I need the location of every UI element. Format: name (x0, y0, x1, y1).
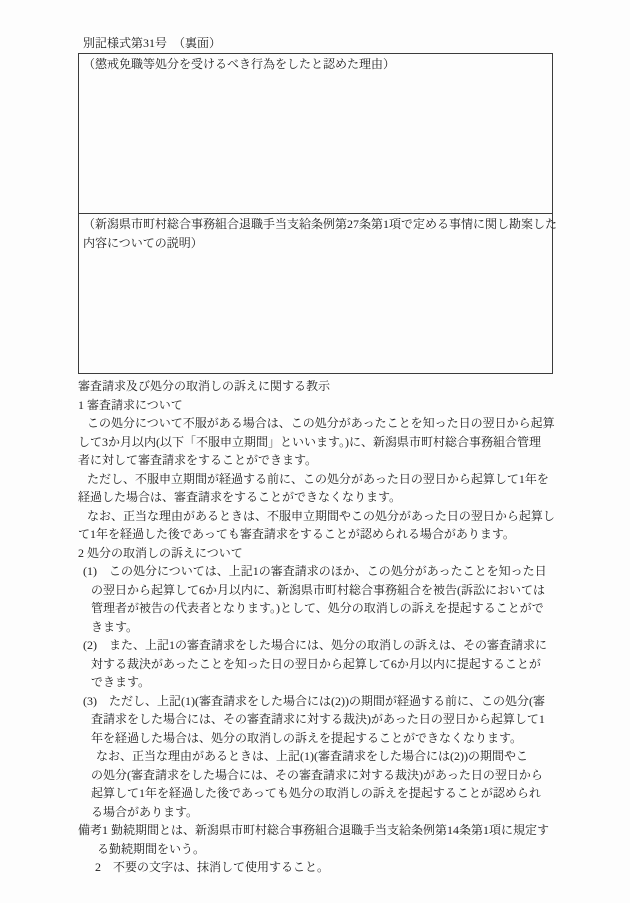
considered-circumstances-explanation-box: （新潟県市町村総合事務組合退職手当支給条例第27条第1項で定める事情に関し勘案し… (78, 213, 553, 374)
notice-subitem-3: (3) ただし、上記(1)(審査請求をした場合には(2))の期間が経過する前に、… (83, 692, 562, 711)
notice-line: 経過した場合は、審査請求をすることができなくなります。 (78, 488, 562, 507)
notice-line: 対する裁決があったことを知った日の翌日から起算して6か月以内に提起することが (91, 655, 562, 674)
notice-line: て1年を経過した後であっても審査請求をすることが認められる場合があります。 (78, 525, 562, 544)
notice-line: なお、正当な理由があるときは、不服申立期間やこの処分があった日の翌日から起算し (87, 507, 562, 526)
reason-box-label: （懲戒免職等処分を受けるべき行為をしたと認めた理由） (79, 54, 552, 74)
notice-line: 起算して1年を経過した後であっても処分の取消しの訴えを提起することが認められ (91, 784, 562, 803)
consideration-box-label-line-1: （新潟県市町村総合事務組合退職手当支給条例第27条第1項で定める事情に関し勘案し… (83, 216, 547, 235)
notice-item-2-title: 2 処分の取消しの訴えについて (78, 544, 562, 563)
notice-item-1-title: 1 審査請求について (78, 396, 562, 415)
notice-line: 者に対して審査請求をすることができます。 (78, 451, 562, 470)
notice-subitem-2: (2) また、上記1の審査請求をした場合には、処分の取消しの訴えは、その審査請求… (83, 636, 562, 655)
notice-heading: 審査請求及び処分の取消しの訴えに関する教示 (78, 377, 562, 396)
notice-line: る場合があります。 (91, 803, 562, 822)
notice-line: できます。 (91, 673, 562, 692)
notice-line: ただし、不服申立期間が経過する前に、この処分があった日の翌日から起算して1年を (87, 470, 562, 489)
consideration-box-label-line-2: 内容についての説明） (83, 235, 547, 254)
notice-subitem-1: (1) この処分については、上記1の審査請求のほか、この処分があったことを知った… (83, 562, 562, 581)
remarks-item-2: 2 不要の文字は、抹消して使用すること。 (95, 858, 562, 877)
appeal-instruction-section: 審査請求及び処分の取消しの訴えに関する教示 1 審査請求について この処分につい… (78, 377, 562, 877)
reason-for-disciplinary-dismissal-box: （懲戒免職等処分を受けるべき行為をしたと認めた理由） (78, 53, 553, 214)
notice-line: の処分(審査請求をした場合には、その審査請求に対する裁決)があった日の翌日から (91, 766, 562, 785)
notice-line: この処分について不服がある場合は、この処分があったことを知った日の翌日から起算 (87, 414, 562, 433)
notice-line: 管理者が被告の代表者となります。)として、処分の取消しの訴えを提起することがで (91, 599, 562, 618)
notice-line: して3か月以内(以下「不服申立期間」といいます。)に、新潟県市町村総合事務組合管… (78, 433, 562, 452)
notice-line: きます。 (91, 618, 562, 637)
notice-line: の翌日から起算して6か月以内に、新潟県市町村総合事務組合を被告(訴訟においては (91, 581, 562, 600)
notice-line: 年を経過した場合は、処分の取消しの訴えを提起することができなくなります。 (91, 729, 562, 748)
form-style-number-header: 別記様式第31号 （裏面） (83, 36, 221, 50)
remarks-line: る勤続期間をいう。 (97, 840, 562, 859)
remarks-item-1: 備考1 勤続期間とは、新潟県市町村総合事務組合退職手当支給条例第14条第1項に規… (78, 821, 562, 840)
notice-line: なお、正当な理由があるときは、上記(1)(審査請求をした場合には(2))の期間や… (96, 747, 562, 766)
notice-line: 査請求をした場合には、その審査請求に対する裁決)があった日の翌日から起算して1 (91, 710, 562, 729)
